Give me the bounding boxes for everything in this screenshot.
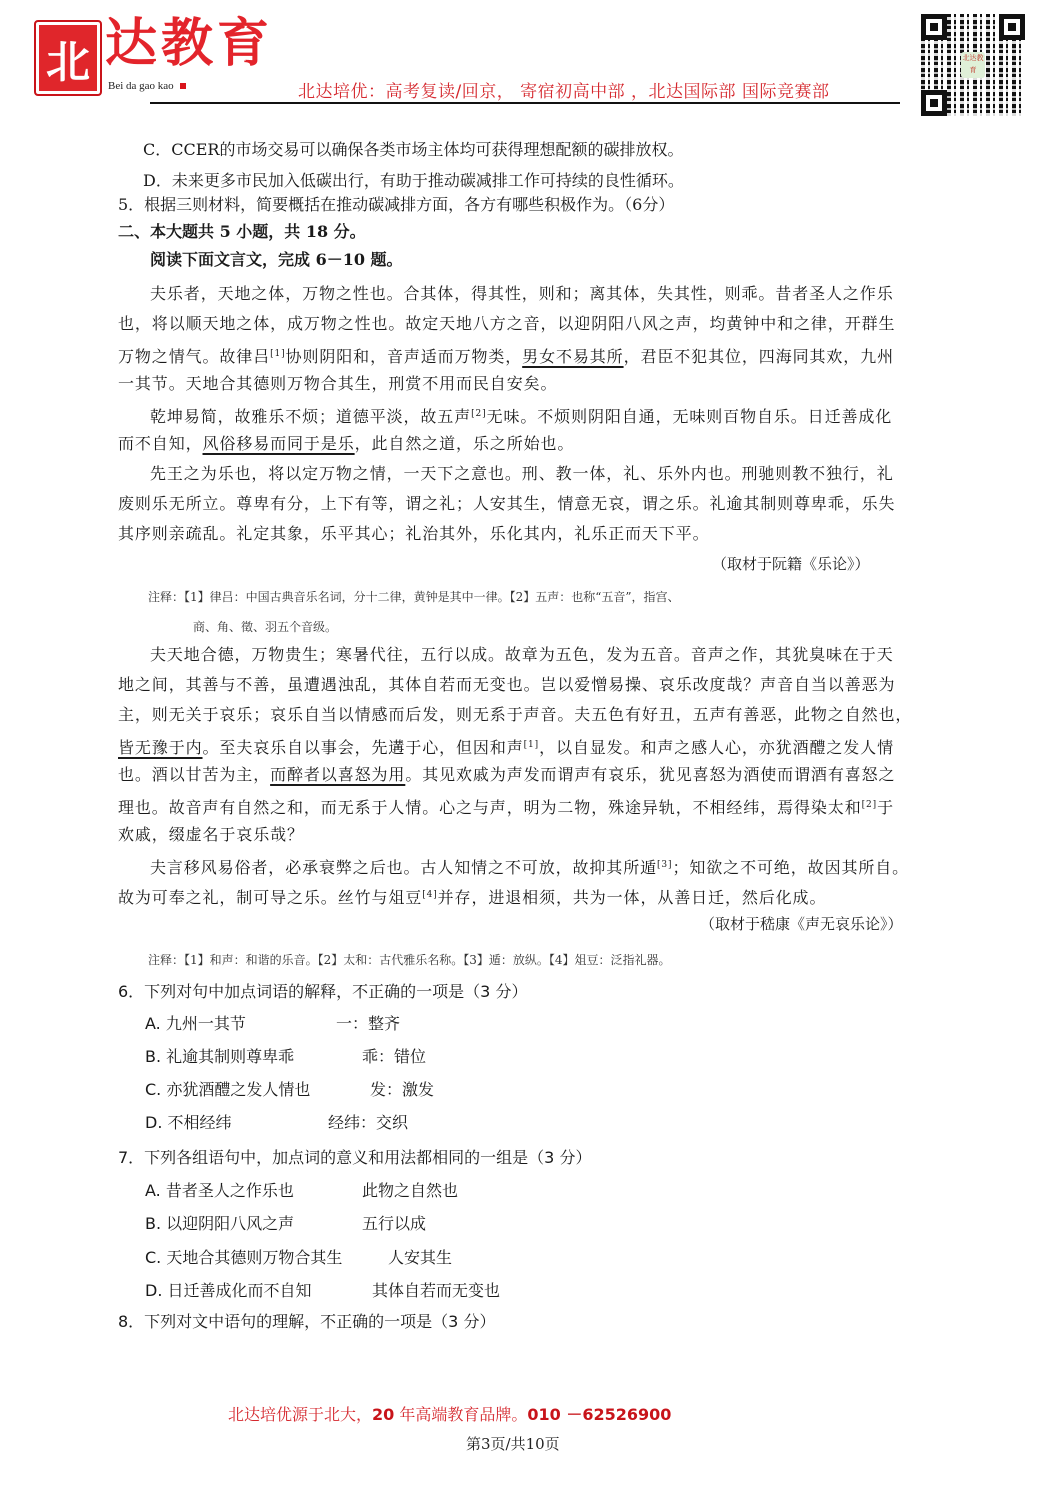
footnote-ref: [2] bbox=[862, 800, 877, 810]
q7-option-a-pair: 此物之自然也 bbox=[362, 1181, 458, 1201]
passage2-line: 故为可奉之礼，制可导之乐。丝竹与俎豆[4]并存，进退相须，共为一体，从善日迁，然… bbox=[118, 885, 826, 908]
square-icon bbox=[180, 83, 186, 89]
q6-option-b: B. 礼逾其制则尊卑乖 bbox=[145, 1047, 294, 1067]
qr-center-logo: 北达教育 bbox=[961, 52, 985, 78]
q6-option-c: C. 亦犹酒醴之发人情也 bbox=[145, 1080, 310, 1100]
q7-option-a: A. 昔者圣人之作乐也 bbox=[145, 1181, 294, 1201]
q4-option-c: C．CCER的市场交易可以确保各类市场主体均可获得理想配额的碳排放权。 bbox=[143, 140, 683, 160]
passage1-line: 其序则亲疏乱。礼定其象，乐平其心；礼治其外，乐化其内，礼乐正而天下平。 bbox=[118, 524, 710, 544]
q5-stem: 5．根据三则材料，简要概括在推动碳减排方面，各方有哪些积极作为。（6分） bbox=[118, 195, 674, 215]
footnote-ref: [2] bbox=[471, 409, 486, 419]
passage2-line: 主，则无关于哀乐；哀乐自当以情感而后发，则无系于声音。夫五色有好丑，五声有善恶，… bbox=[118, 705, 912, 725]
q4-option-d: D．未来更多市民加入低碳出行，有助于推动碳减排工作可持续的良性循环。 bbox=[143, 171, 684, 191]
passage1-line: 乾坤易简，故雅乐不烦；道德平淡，故五声[2]无味。不烦则阴阳自通，无味则百物自乐… bbox=[150, 404, 892, 427]
q7-option-d-pair: 其体自若而无变也 bbox=[372, 1281, 500, 1301]
passage1-line: 夫乐者，天地之体，万物之性也。合其体，得其性，则和；离其体，失其性，则乖。昔者圣… bbox=[150, 284, 894, 304]
footer-phone: 010 －62526900 bbox=[527, 1405, 671, 1424]
q7-stem: 7．下列各组语句中，加点词的意义和用法都相同的一组是（3 分） bbox=[118, 1148, 591, 1168]
passage2-line: 理也。故音声有自然之和，而无系于人情。心之与声，明为二物，殊途异轨，不相经纬，焉… bbox=[118, 795, 894, 818]
underlined-phrase: 而醉者以喜怒为用 bbox=[270, 765, 405, 784]
passage1-line: 废则乐无所立。尊卑有分，上下有等，谓之礼；人安其生，情意无哀，谓之乐。礼逾其制则… bbox=[118, 494, 895, 514]
brand-pinyin: Bei da gao kao bbox=[108, 80, 186, 92]
underlined-phrase: 男女不易其所 bbox=[522, 347, 623, 366]
header-slogan: 北达培优：高考复读/回京， 寄宿初高中部 ，北达国际部 国际竞赛部 bbox=[298, 77, 829, 102]
q6-option-a-gloss: 一：整齐 bbox=[336, 1014, 400, 1034]
section-instruction: 阅读下面文言文，完成 6－10 题。 bbox=[150, 250, 403, 270]
passage1-line: 先王之为乐也，将以定万物之情，一天下之意也。刑、教一体，礼、乐外内也。刑驰则教不… bbox=[150, 464, 894, 484]
q7-option-d: D. 日迁善成化而不自知 bbox=[145, 1281, 312, 1301]
q8-stem: 8．下列对文中语句的理解，不正确的一项是（3 分） bbox=[118, 1312, 495, 1332]
passage1-source: （取材于阮籍《乐论》） bbox=[712, 554, 870, 574]
passage2-source: （取材于嵇康《声无哀乐论》） bbox=[700, 914, 903, 934]
q7-option-c-pair: 人安其生 bbox=[388, 1248, 452, 1268]
qr-code-icon: 北达教育 bbox=[921, 14, 1025, 116]
page-number: 第3页/共10页 bbox=[466, 1433, 560, 1454]
passage1-line: 也，将以顺天地之体，成万物之性也。故定天地八方之音，以迎阴阳八风之声，均黄钟中和… bbox=[118, 314, 895, 334]
footnote-ref: [1] bbox=[524, 740, 539, 750]
passage1-line: 一其节。天地合其德则万物合其生，刑赏不用而民自安矣。 bbox=[118, 374, 557, 394]
passage2-line: 也。酒以甘苦为主，而醉者以喜怒为用。其见欢戚为声发而谓声有哀乐，犹见喜怒为酒使而… bbox=[118, 765, 895, 785]
footnote-ref: [3] bbox=[657, 860, 672, 870]
passage2-line: 欢戚，缀虚名于哀乐哉？ bbox=[118, 825, 304, 845]
footer-ad: 北达培优源于北大，20 年高端教育品牌。010 －62526900 bbox=[228, 1402, 671, 1425]
section-title: 二、本大题共 5 小题，共 18 分。 bbox=[118, 222, 366, 242]
passage2-line: 皆无豫于内。至夫哀乐自以事会，先遘于心，但因和声[1]，以自显发。和声之感人心，… bbox=[118, 735, 894, 758]
q6-option-d: D. 不相经纬 bbox=[145, 1113, 232, 1133]
footnote-ref: [4] bbox=[422, 890, 437, 900]
passage1-line: 而不自知，风俗移易而同于是乐，此自然之道，乐之所始也。 bbox=[118, 434, 574, 454]
footnote-ref: [1] bbox=[270, 349, 285, 359]
q7-option-b-pair: 五行以成 bbox=[362, 1214, 426, 1234]
page-header: 北 达教育 Bei da gao kao 北达培优：高考复读/回京， 寄宿初高中… bbox=[0, 0, 1055, 125]
q6-option-a: A. 九州一其节 bbox=[145, 1014, 246, 1034]
header-divider bbox=[150, 102, 900, 104]
passage1-notes: 商、角、徵、羽五个音级。 bbox=[193, 617, 337, 637]
q6-option-c-gloss: 发：激发 bbox=[370, 1080, 434, 1100]
passage2-line: 夫天地合德，万物贵生；寒暑代往，五行以成。故章为五色，发为五音。音声之作，其犹臭… bbox=[150, 645, 894, 665]
passage2-notes: 注释：【1】和声：和谐的乐音。【2】太和：古代雅乐名称。【3】遁：放纵。【4】俎… bbox=[148, 950, 671, 970]
qr-finder bbox=[921, 90, 947, 116]
q6-option-d-gloss: 经纬：交织 bbox=[328, 1113, 408, 1133]
underlined-phrase: 风俗移易而同于是乐 bbox=[203, 434, 355, 453]
q7-option-c: C. 天地合其德则万物合其生 bbox=[145, 1248, 342, 1268]
underlined-phrase: 皆无豫于内 bbox=[118, 738, 203, 757]
passage1-line: 万物之情气。故律吕[1]协则阴阳和，音声适而万物类，男女不易其所，君臣不犯其位，… bbox=[118, 344, 894, 367]
passage1-notes: 注释：【1】律吕：中国古典音乐名词，分十二律，黄钟是其中一律。【2】五声：也称“… bbox=[148, 587, 680, 607]
brand-logo-icon: 北 bbox=[34, 20, 102, 96]
q6-option-b-gloss: 乖：错位 bbox=[362, 1047, 426, 1067]
qr-finder bbox=[999, 14, 1025, 40]
passage2-line: 地之间，其善与不善，虽遭遇浊乱，其体自若而无变也。岂以爱憎易操、哀乐改度哉？声音… bbox=[118, 675, 895, 695]
brand-name: 达教育 bbox=[105, 18, 273, 70]
passage2-line: 夫言移风易俗者，必承衰弊之后也。古人知情之不可放，故抑其所遁[3]；知欲之不可绝… bbox=[150, 855, 909, 878]
qr-finder bbox=[921, 14, 947, 40]
q6-stem: 6．下列对句中加点词语的解释，不正确的一项是（3 分） bbox=[118, 982, 527, 1002]
q7-option-b: B. 以迎阴阳八风之声 bbox=[145, 1214, 294, 1234]
